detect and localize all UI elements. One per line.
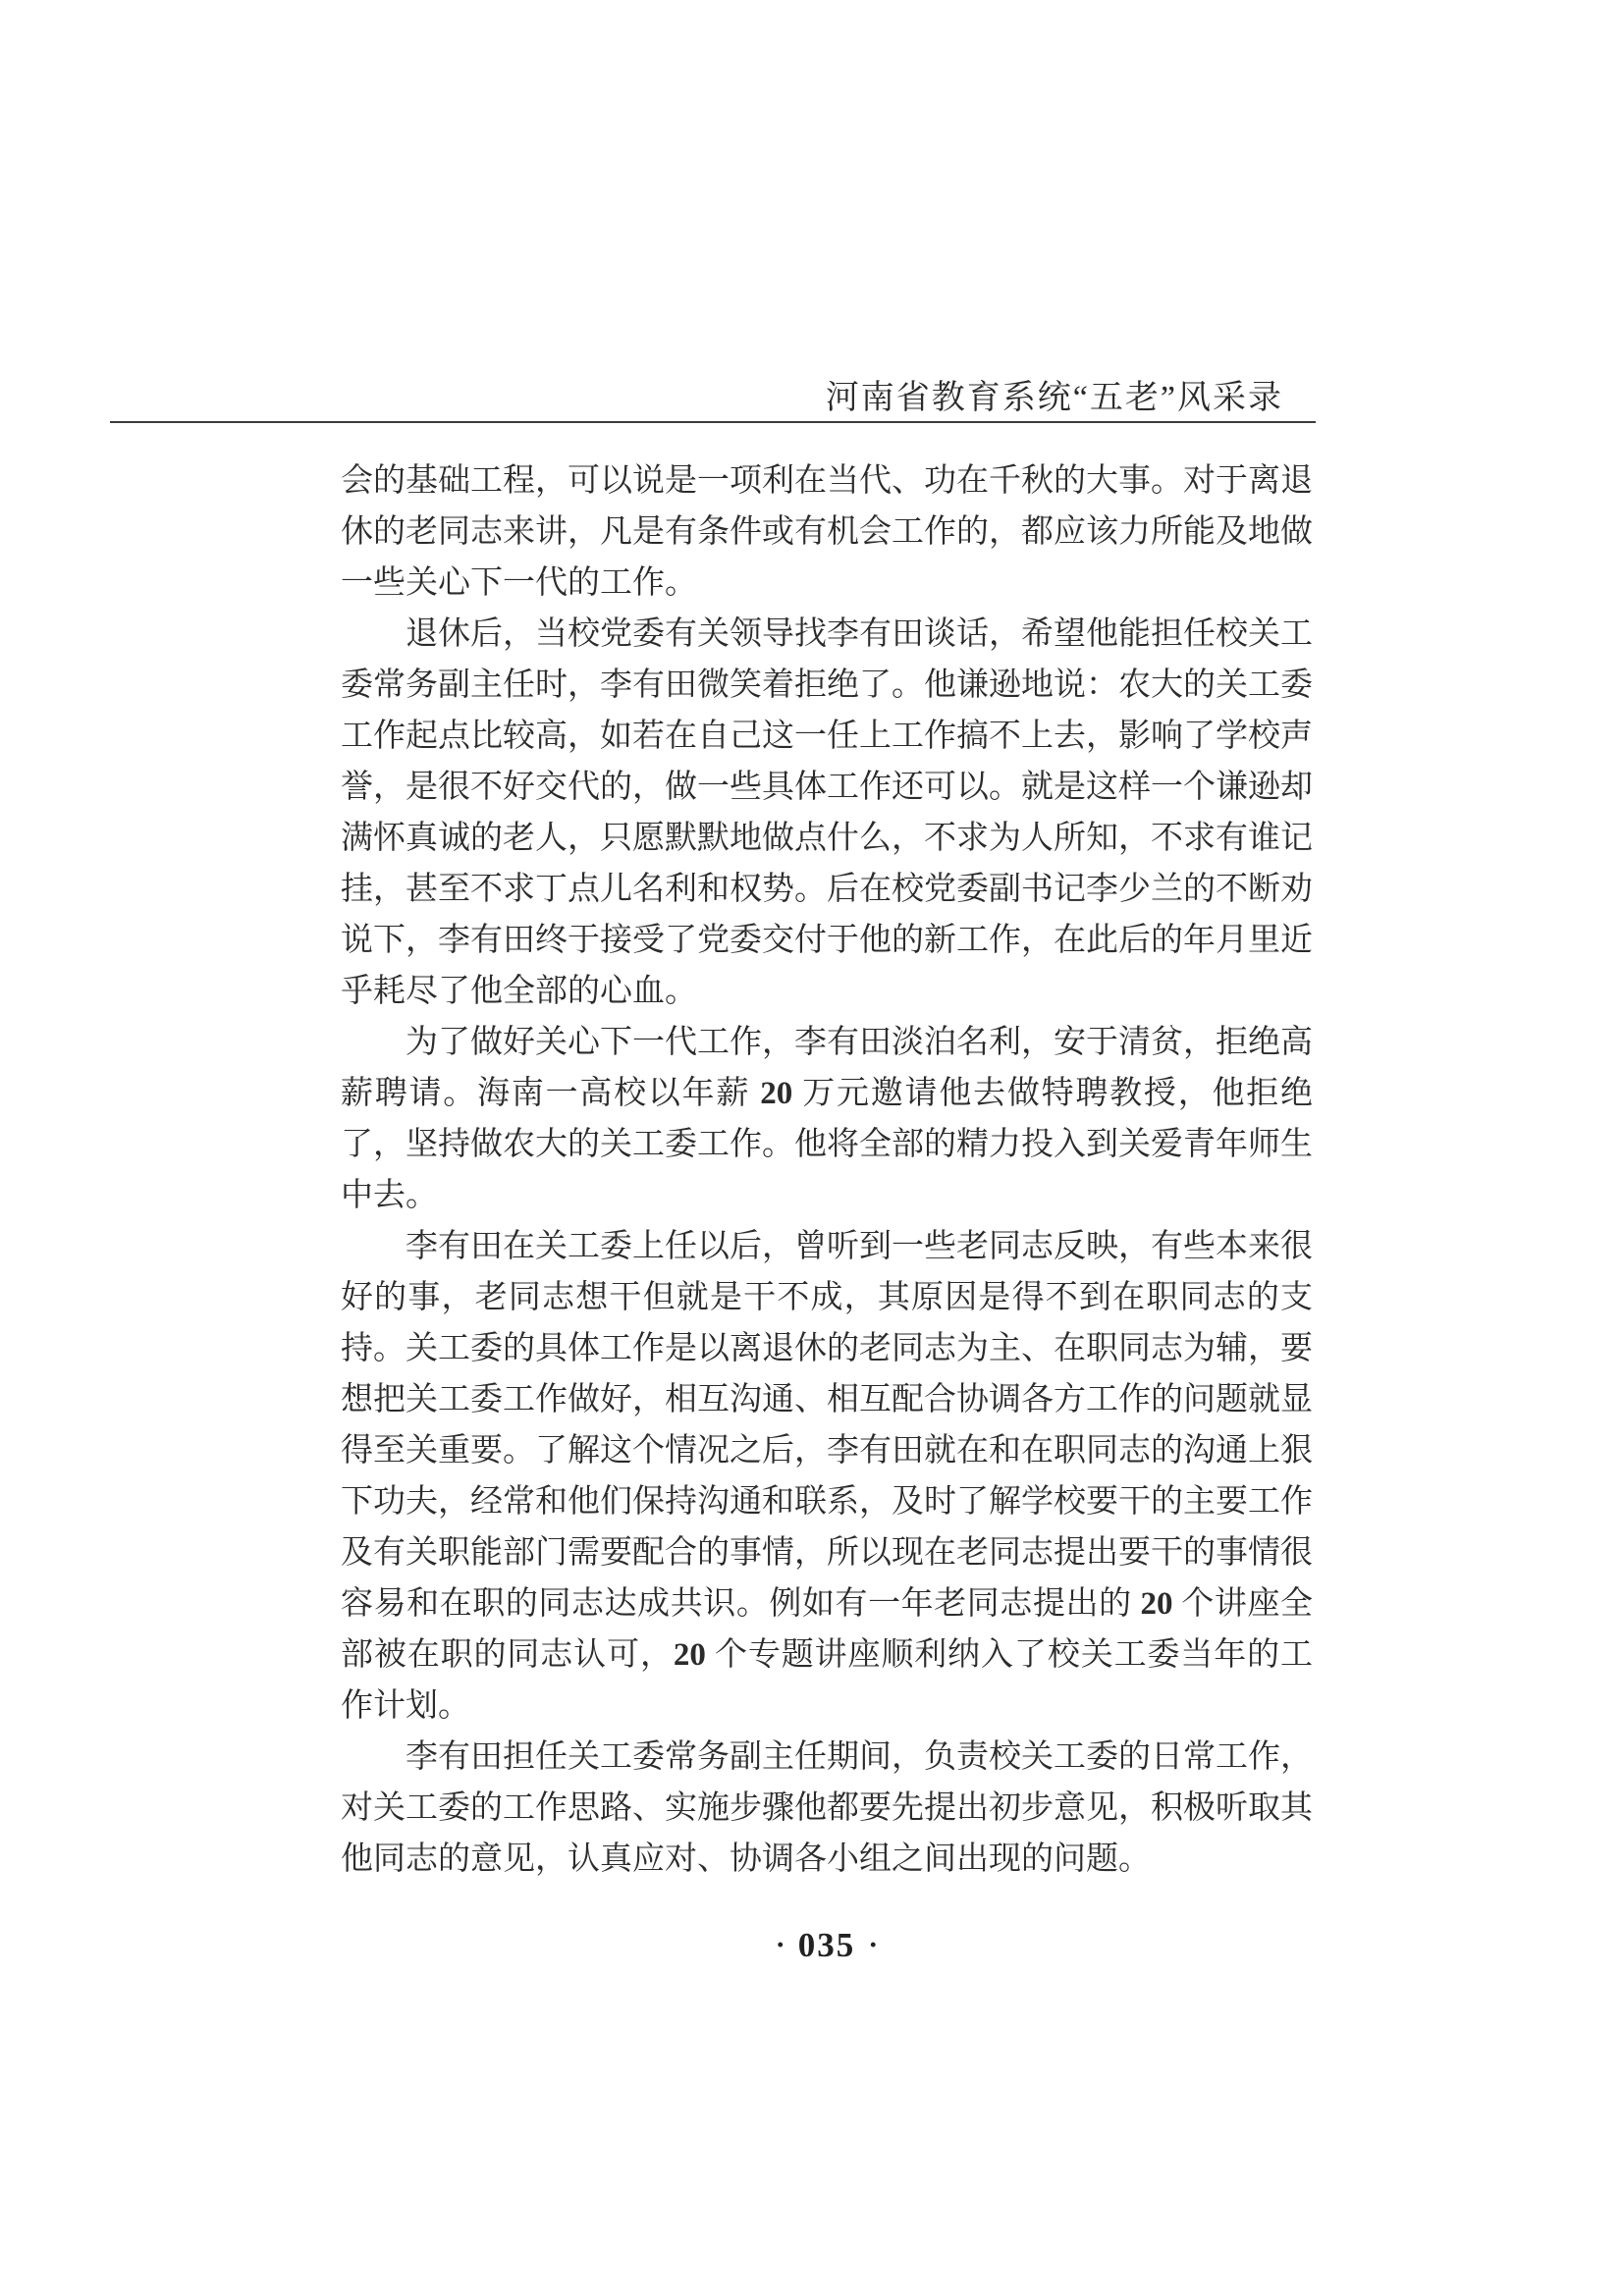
page-number-dot-left: · [776,1929,785,1961]
header-rule [110,421,1316,423]
page-number: ·035· [341,1926,1313,1965]
text-run: 退休后，当校党委有关领导找李有田谈话，希望他能担任校关工委常务副主任时，李有田微… [341,616,1313,1009]
paragraph: 李有田担任关工委常务副主任期间，负责校关工委的日常工作，对关工委的工作思路、实施… [341,1732,1313,1885]
text-run: 李有田担任关工委常务副主任期间，负责校关工委的日常工作，对关工委的工作思路、实施… [341,1739,1313,1877]
bold-number: 20 [674,1637,706,1673]
page-header: 河南省教育系统“五老”风采录 [110,379,1316,418]
bold-number: 20 [760,1076,792,1111]
body-text: 会的基础工程，可以说是一项利在当代、功在千秋的大事。对于离退休的老同志来讲，凡是… [341,455,1313,1885]
text-run: 李有田在关工委上任以后，曾听到一些老同志反映，有些本来很好的事，老同志想干但就是… [341,1229,1313,1622]
page-number-value: 035 [798,1926,856,1964]
paragraph: 为了做好关心下一代工作，李有田淡泊名利，安于清贫，拒绝高薪聘请。海南一高校以年薪… [341,1017,1313,1221]
paragraph: 会的基础工程，可以说是一项利在当代、功在千秋的大事。对于离退休的老同志来讲，凡是… [341,455,1313,609]
paragraph: 李有田在关工委上任以后，曾听到一些老同志反映，有些本来很好的事，老同志想干但就是… [341,1221,1313,1732]
header-title: 河南省教育系统“五老”风采录 [826,380,1283,416]
text-run: 会的基础工程，可以说是一项利在当代、功在千秋的大事。对于离退休的老同志来讲，凡是… [341,463,1313,601]
page: 河南省教育系统“五老”风采录 会的基础工程，可以说是一项利在当代、功在千秋的大事… [0,0,1623,2296]
paragraph: 退休后，当校党委有关领导找李有田谈话，希望他能担任校关工委常务副主任时，李有田微… [341,609,1313,1017]
bold-number: 20 [1140,1586,1172,1622]
page-number-dot-right: · [868,1929,878,1961]
